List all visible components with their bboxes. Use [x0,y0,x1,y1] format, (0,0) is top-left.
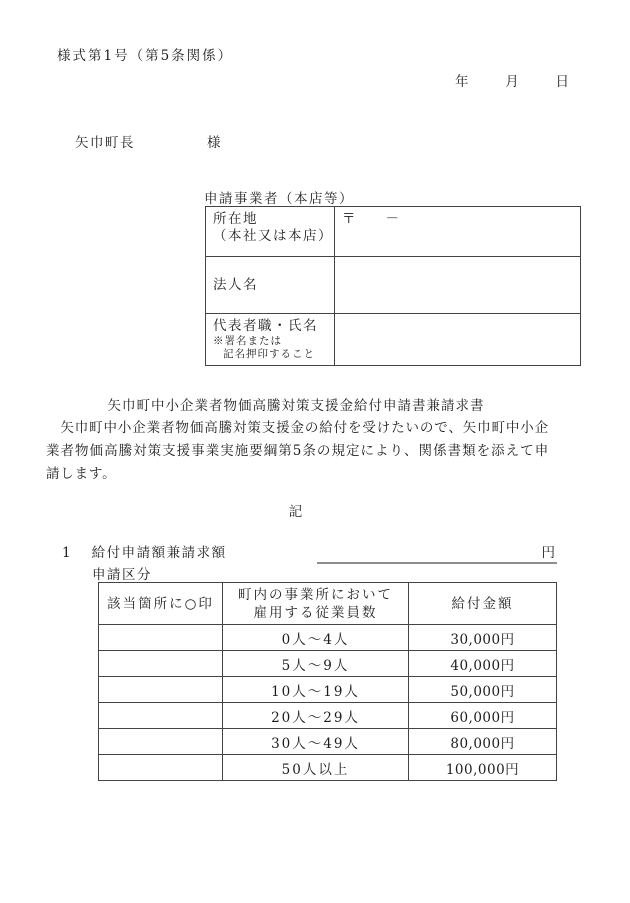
representative-note-line1: ※署名または [213,335,327,348]
header-employees-line2: 雇用する従業員数 [227,604,404,622]
representative-label-cell: 代表者職・氏名 ※署名または 記名押印すること [206,314,335,366]
form-number: 様式第1号（第5条関係） [57,44,233,64]
amount-cell: 100,000円 [409,755,557,781]
category-label: 申請区分 [92,563,152,583]
header-employees-line1: 町内の事業所において [227,586,404,604]
applicant-address-row: 所在地 （本社又は本店） 〒 － [206,207,581,257]
addressee-line: 矢巾町長様 [75,131,222,151]
applicant-representative-row: 代表者職・氏名 ※署名または 記名押印すること [206,314,581,366]
mark-cell [99,729,223,755]
date-line: 年 月 日 [455,70,569,90]
table-row: 50人以上 100,000円 [99,755,557,781]
employees-cell: 30人～49人 [223,729,409,755]
benefit-table: 該当箇所に○印 町内の事業所において 雇用する従業員数 給付金額 0人～4人 3… [98,582,557,781]
address-label-cell: 所在地 （本社又は本店） [206,207,335,257]
corporate-name-value-cell [335,257,581,314]
section1-label: 給付申請額兼請求額 [92,541,227,561]
amount-cell: 30,000円 [409,625,557,651]
employees-cell: 10人～19人 [223,677,409,703]
header-mark-col: 該当箇所に○印 [99,583,223,625]
addressee-name: 矢巾町長 [75,135,135,151]
amount-blank-field: 円 [317,541,557,564]
application-paragraph: 矢巾町中小企業者物価高騰対策支援金の給付を受けたいので、矢巾町中小企業者物価高騰… [46,417,549,486]
header-employees-col: 町内の事業所において 雇用する従業員数 [223,583,409,625]
address-value-cell: 〒 － [335,207,581,257]
amount-cell: 40,000円 [409,651,557,677]
table-row: 0人～4人 30,000円 [99,625,557,651]
mark-cell [99,625,223,651]
employees-cell: 50人以上 [223,755,409,781]
address-label-line2: （本社又は本店） [213,228,327,245]
date-year-label: 年 [455,70,469,90]
applicant-corporate-row: 法人名 [206,257,581,314]
addressee-honorific: 様 [207,135,222,151]
representative-label: 代表者職・氏名 [213,318,327,335]
section1-line: 1 給付申請額兼請求額 円 [62,541,557,564]
yen-unit-label: 円 [542,545,556,561]
postal-code-blank: 〒 － [342,211,400,227]
amount-cell: 80,000円 [409,729,557,755]
table-row: 20人～29人 60,000円 [99,703,557,729]
table-row: 5人～9人 40,000円 [99,651,557,677]
record-mark: 記 [46,500,546,520]
address-label-line1: 所在地 [213,211,327,228]
date-day-label: 日 [556,70,570,90]
employees-cell: 5人～9人 [223,651,409,677]
corporate-name-label-cell: 法人名 [206,257,335,314]
benefit-table-header-row: 該当箇所に○印 町内の事業所において 雇用する従業員数 給付金額 [99,583,557,625]
amount-cell: 50,000円 [409,677,557,703]
applicant-table: 所在地 （本社又は本店） 〒 － 法人名 代表者職・氏名 ※署名または 記名押印… [205,206,581,366]
header-amount-col: 給付金額 [409,583,557,625]
document-page: 様式第1号（第5条関係） 年 月 日 矢巾町長様 申請事業者（本店等） 所在地 … [0,0,630,903]
amount-cell: 60,000円 [409,703,557,729]
employees-cell: 20人～29人 [223,703,409,729]
representative-note-line2: 記名押印すること [213,348,327,361]
date-month-label: 月 [505,70,519,90]
mark-cell [99,755,223,781]
mark-cell [99,651,223,677]
mark-cell [99,677,223,703]
employees-cell: 0人～4人 [223,625,409,651]
representative-value-cell [335,314,581,366]
table-row: 30人～49人 80,000円 [99,729,557,755]
applicant-caption: 申請事業者（本店等） [204,187,354,207]
document-title: 矢巾町中小企業者物価高騰対策支援金給付申請書兼請求書 [46,394,546,414]
section1-number: 1 [62,545,71,561]
mark-cell [99,703,223,729]
table-row: 10人～19人 50,000円 [99,677,557,703]
